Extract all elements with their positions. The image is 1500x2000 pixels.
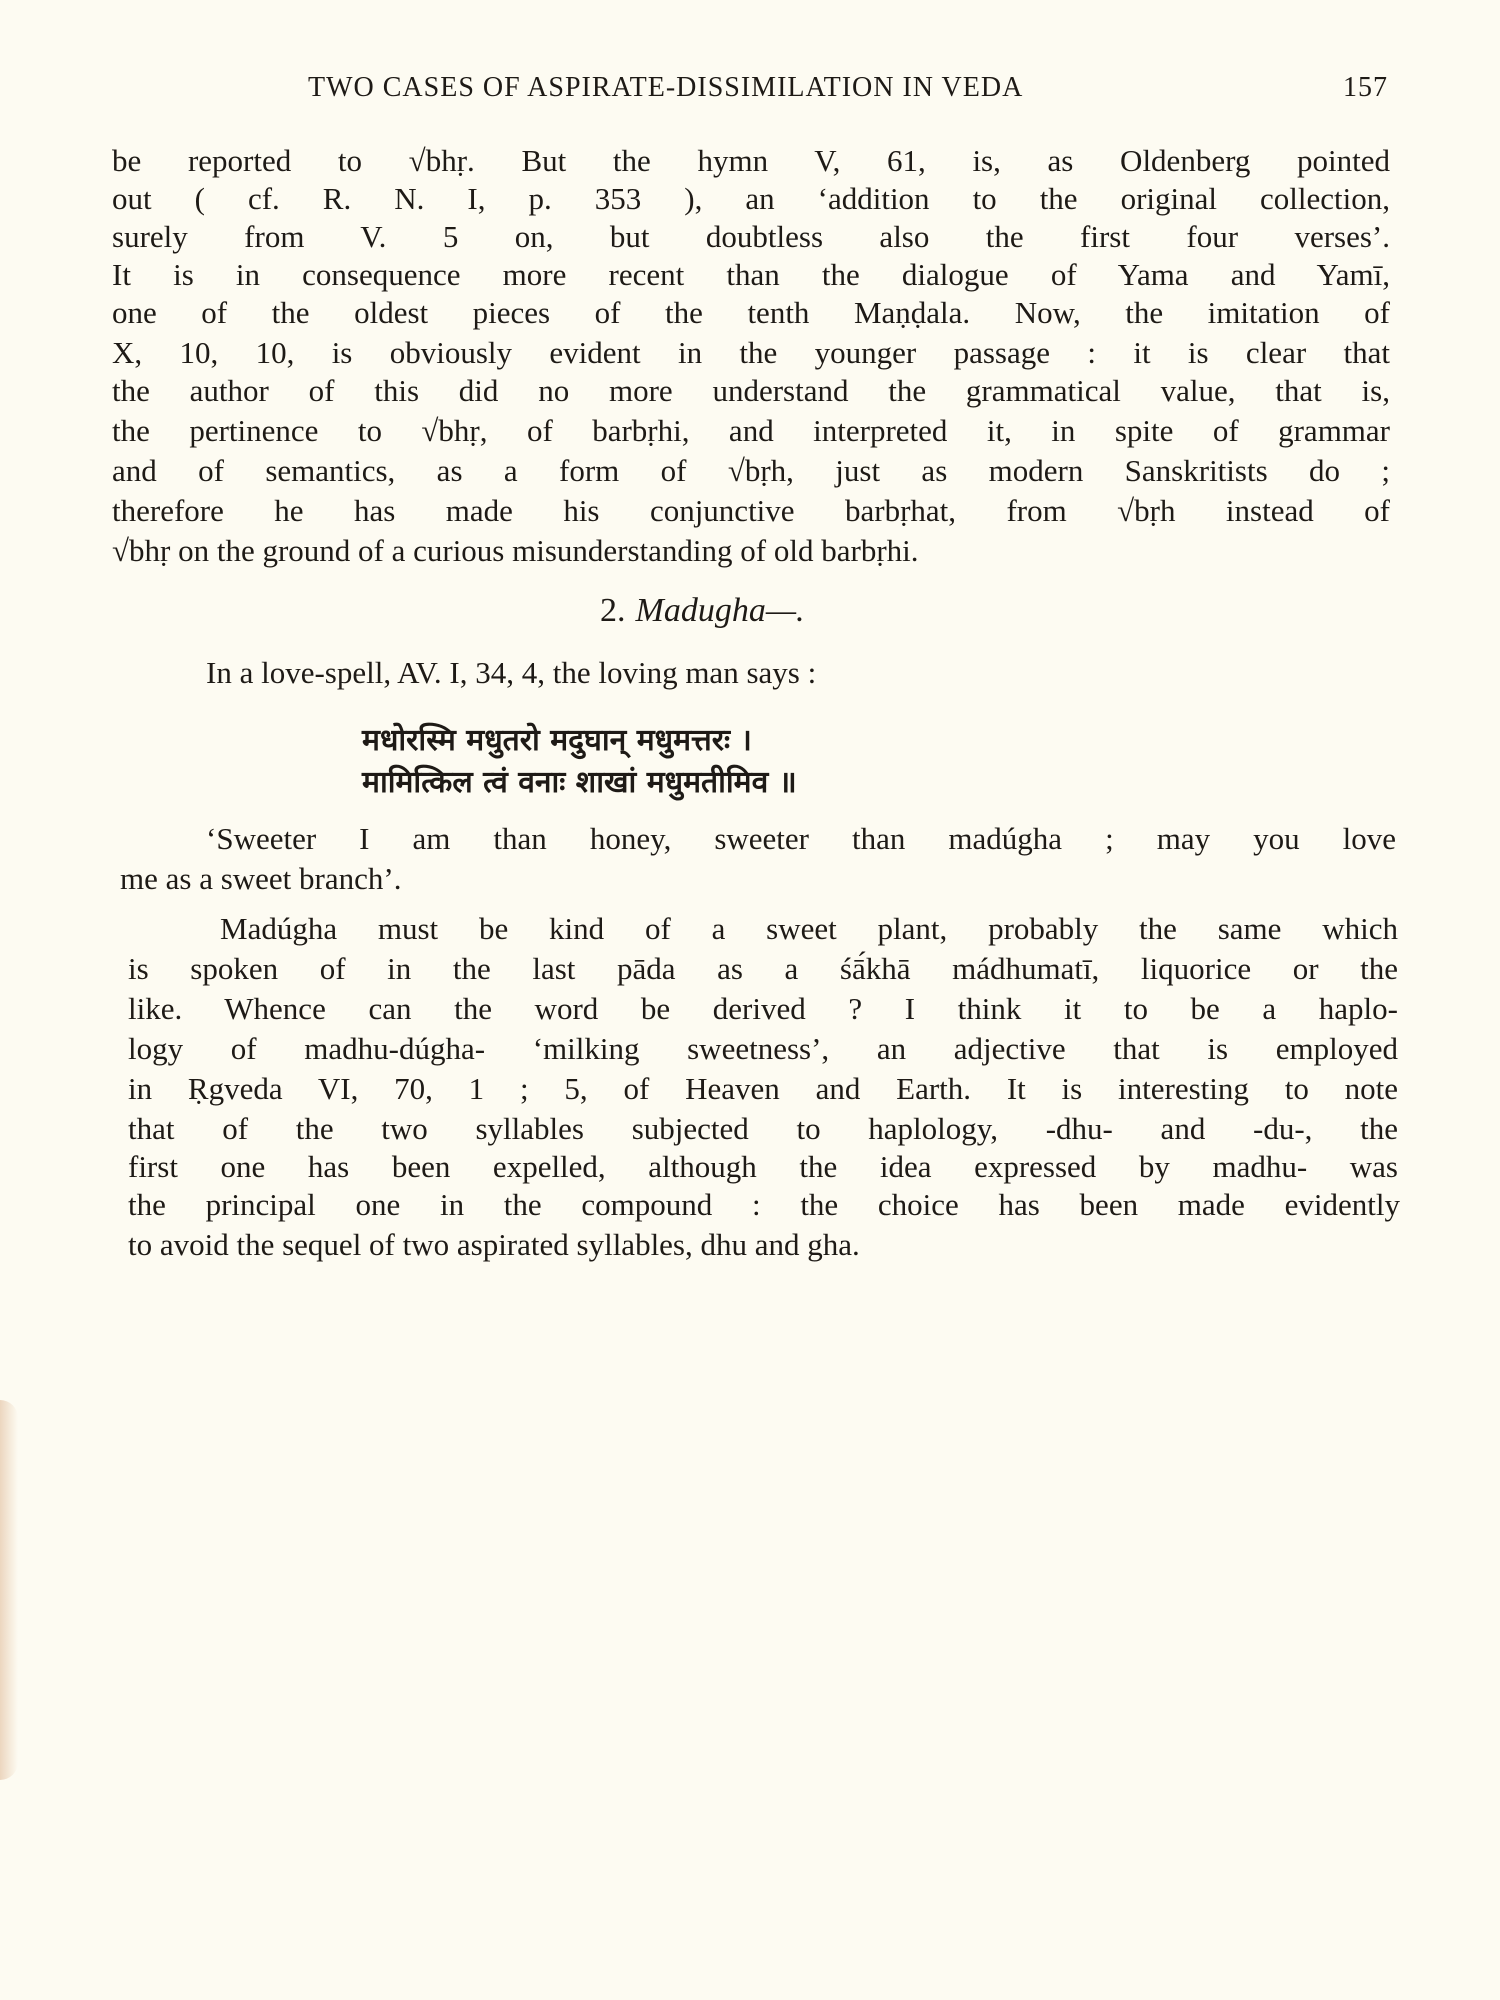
text-line: the pertinence to √bhṛ, of barbṛhi, and …	[112, 412, 1390, 450]
section-heading: 2.Madugha—.	[600, 592, 805, 630]
running-header: TWO CASES OF ASPIRATE-DISSIMILATION IN V…	[308, 72, 1388, 112]
text-line: the author of this did no more understan…	[112, 372, 1390, 410]
text-line: like. Whence can the word be derived ? I…	[128, 990, 1398, 1028]
text-line: that of the two syllables subjected to h…	[128, 1110, 1398, 1148]
text-line: me as a sweet branch’.	[120, 860, 720, 898]
text-line: Madúgha must be kind of a sweet plant, p…	[220, 910, 1398, 948]
text-line: logy of madhu-dúgha- ‘milking sweetness’…	[128, 1030, 1398, 1068]
text-line: be reported to √bhṛ. But the hymn V, 61,…	[112, 142, 1390, 180]
text-line: surely from V. 5 on, but doubtless also …	[112, 218, 1390, 256]
text-line: to avoid the sequel of two aspirated syl…	[128, 1226, 1228, 1264]
text-line: is spoken of in the last pāda as a śā́kh…	[128, 950, 1398, 988]
text-line: and of semantics, as a form of √bṛh, jus…	[112, 452, 1390, 490]
intro-line: In a love-spell, AV. I, 34, 4, the lovin…	[206, 654, 1156, 692]
verse-line-2: मामित्किल त्वं वनाः शाखां मधुमतीमिव ॥	[362, 760, 797, 801]
text-line: therefore he has made his conjunctive ba…	[112, 492, 1390, 530]
text-line: first one has been expelled, although th…	[128, 1148, 1398, 1186]
verse-line-1: मधोरस्मि मधुतरो मदुघान् मधुमत्तरः ।	[362, 718, 752, 759]
section-title: Madugha—.	[636, 592, 805, 629]
text-line: one of the oldest pieces of the tenth Ma…	[112, 294, 1390, 332]
text-line: X, 10, 10, is obviously evident in the y…	[112, 334, 1390, 372]
text-line: It is in consequence more recent than th…	[112, 256, 1390, 294]
text-line: in Ṛgveda VI, 70, 1 ; 5, of Heaven and E…	[128, 1070, 1398, 1108]
page-edge-shadow	[0, 1400, 18, 1780]
section-number: 2.	[600, 592, 626, 629]
running-title: TWO CASES OF ASPIRATE-DISSIMILATION IN V…	[308, 72, 1023, 104]
text-line: out ( cf. R. N. I, p. 353 ), an ‘additio…	[112, 180, 1390, 218]
text-line: ‘Sweeter I am than honey, sweeter than m…	[206, 820, 1396, 858]
text-line: √bhṛ on the ground of a curious misunder…	[112, 532, 1290, 570]
text-line: the principal one in the compound : the …	[128, 1186, 1400, 1224]
page-number: 157	[1343, 72, 1388, 104]
